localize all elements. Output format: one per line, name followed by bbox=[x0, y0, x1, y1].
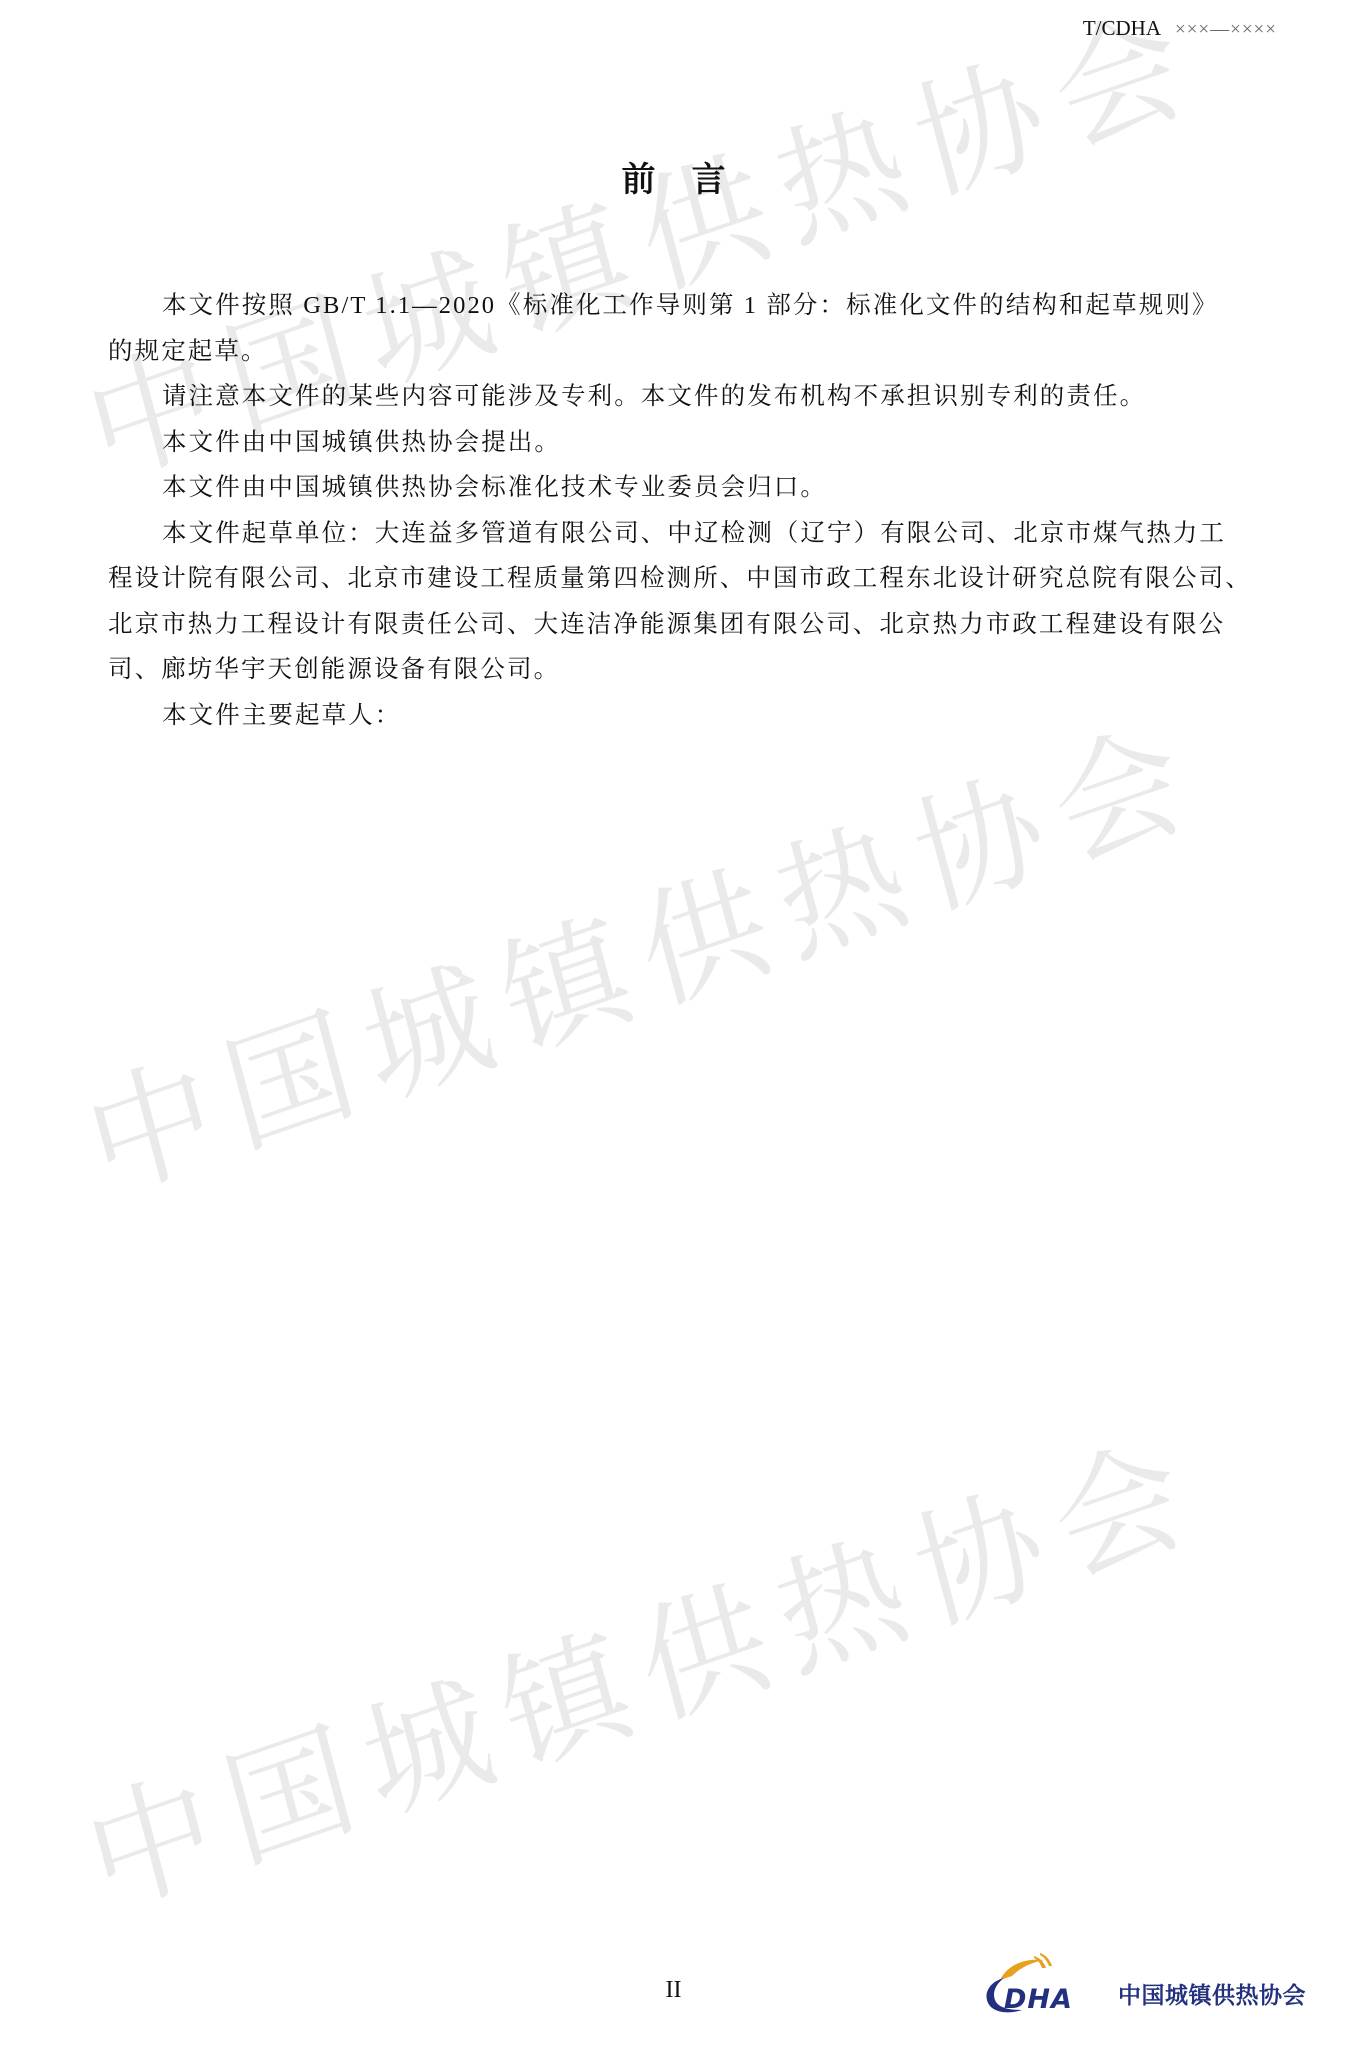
standard-number-placeholder: ×××—×××× bbox=[1175, 19, 1277, 40]
paragraph-patent-notice: 请注意本文件的某些内容可能涉及专利。本文件的发布机构不承担识别专利的责任。 bbox=[108, 374, 1288, 420]
document-body: 本文件按照 GB/T 1.1—2020《标准化工作导则第 1 部分：标准化文件的… bbox=[108, 283, 1288, 738]
organization-name: 中国城镇供热协会 bbox=[1118, 1983, 1306, 2009]
svg-text:DHA: DHA bbox=[1004, 1984, 1073, 2015]
paragraph-drafting-rules: 本文件按照 GB/T 1.1—2020《标准化工作导则第 1 部分：标准化文件的… bbox=[108, 283, 1288, 374]
text-line: 本文件主要起草人： bbox=[108, 693, 1288, 739]
running-header: T/CDHA×××—×××× bbox=[1083, 14, 1277, 44]
text-line: 本文件按照 GB/T 1.1—2020《标准化工作导则第 1 部分：标准化文件的… bbox=[108, 283, 1288, 329]
text-line: 请注意本文件的某些内容可能涉及专利。本文件的发布机构不承担识别专利的责任。 bbox=[108, 374, 1288, 420]
standard-code: T/CDHA bbox=[1083, 16, 1161, 40]
text-line: 北京市热力工程设计有限责任公司、大连洁净能源集团有限公司、北京热力市政工程建设有… bbox=[108, 602, 1288, 648]
document-page: 中国城镇供热协会 中国城镇供热协会 中国城镇供热协会 T/CDHA×××—×××… bbox=[0, 0, 1347, 2045]
text-line: 程设计院有限公司、北京市建设工程质量第四检测所、中国市政工程东北设计研究总院有限… bbox=[108, 556, 1288, 602]
paragraph-proposer: 本文件由中国城镇供热协会提出。 bbox=[108, 420, 1288, 466]
watermark: 中国城镇供热协会 bbox=[75, 1424, 1213, 1928]
text-line: 本文件由中国城镇供热协会提出。 bbox=[108, 420, 1288, 466]
paragraph-main-drafters: 本文件主要起草人： bbox=[108, 693, 1288, 739]
cdha-logo-icon: DHA bbox=[982, 1950, 1112, 2016]
cdha-logo: DHA 中国城镇供热协会 bbox=[982, 1950, 1322, 2016]
text-line: 本文件由中国城镇供热协会标准化技术专业委员会归口。 bbox=[108, 465, 1288, 511]
paragraph-centralized-by: 本文件由中国城镇供热协会标准化技术专业委员会归口。 bbox=[108, 465, 1288, 511]
text-line: 司、廊坊华宇天创能源设备有限公司。 bbox=[108, 647, 1288, 693]
paragraph-drafting-units: 本文件起草单位：大连益多管道有限公司、中辽检测（辽宁）有限公司、北京市煤气热力工… bbox=[108, 511, 1288, 693]
watermark: 中国城镇供热协会 bbox=[75, 709, 1213, 1213]
text-line: 的规定起草。 bbox=[108, 329, 1288, 375]
text-line: 本文件起草单位：大连益多管道有限公司、中辽检测（辽宁）有限公司、北京市煤气热力工 bbox=[108, 511, 1288, 557]
page-title: 前言 bbox=[0, 158, 1347, 202]
